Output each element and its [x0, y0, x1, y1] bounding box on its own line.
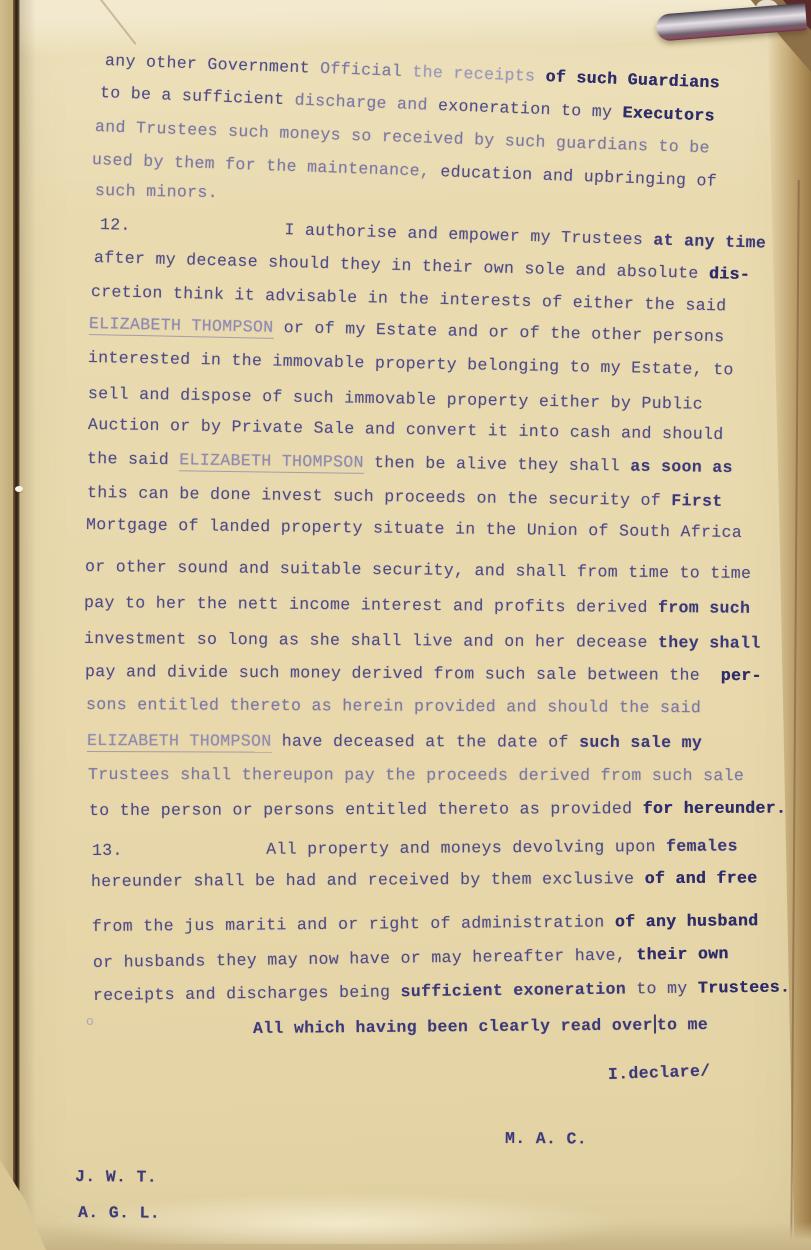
line-text: All which having been clearly read over [253, 1016, 653, 1038]
line-text: or other sound and suitable security, an… [85, 557, 752, 583]
line-text: from such [658, 598, 750, 618]
line-text: have deceased at the date of [271, 732, 579, 752]
line-text: at any time [653, 230, 766, 252]
pen-stroke [654, 1014, 656, 1033]
line-text: Mortgage of landed property situate in t… [86, 515, 742, 542]
document-line: interested in the immovable property bel… [88, 347, 734, 381]
line-text: after my decease should they in their ow… [94, 248, 709, 283]
line-text: Trustees shall thereupon pay the proceed… [88, 765, 744, 785]
document-line: Mortgage of landed property situate in t… [86, 514, 742, 544]
document-line: investment so long as she shall live and… [84, 628, 761, 655]
line-text: the receipts [412, 62, 536, 85]
document-line: hereunder shall be had and received by t… [91, 868, 757, 893]
line-text: or of my Estate and or of the other pers… [273, 318, 724, 346]
line-text: used by them for the maintenance, [92, 150, 441, 181]
document-line: pay to her the nett income interest and … [84, 592, 751, 620]
line-text: ELIZABETH THOMPSON [179, 450, 364, 474]
line-text: the said [87, 449, 180, 469]
document-line: J. W. T. [75, 1166, 157, 1189]
document-line: ELIZABETH THOMPSON or of my Estate and o… [89, 313, 725, 348]
line-text: to my [626, 979, 698, 999]
document-line: Trustees shall thereupon pay the proceed… [88, 764, 744, 787]
line-text: receipts and discharges being [93, 982, 401, 1005]
line-text: Trustees. [698, 977, 790, 997]
document-line: Auction or by Private Sale and convert i… [88, 414, 724, 446]
line-text: any other Government [105, 51, 321, 78]
line-text: 13. [92, 840, 266, 860]
line-text: discharge and [294, 90, 438, 114]
line-text: exoneration to my [438, 96, 623, 122]
line-text: of any husband [615, 911, 759, 931]
line-text: sons entitled thereto as herein provided… [86, 695, 701, 717]
document-line: this can be done invest such proceeds on… [87, 482, 723, 513]
document-line: ELIZABETH THOMPSON have deceased at the … [87, 730, 702, 754]
line-text: pay to her the nett income interest and … [84, 593, 658, 617]
line-text: dis- [709, 264, 750, 284]
line-text: I.declare/ [608, 1061, 711, 1084]
line-text: All property and moneys devolving upon [266, 837, 666, 859]
line-text: Auction or by Private Sale and convert i… [88, 415, 724, 444]
line-text: they shall [658, 633, 761, 653]
line-text: to be a sufficient [100, 83, 295, 109]
document-line: after my decease should they in their ow… [94, 247, 750, 286]
line-text: investment so long as she shall live and… [84, 629, 658, 652]
line-text: pay and divide such money derived from s… [85, 662, 721, 685]
typewritten-text: any other Government Official the receip… [0, 0, 811, 1250]
document-line: sons entitled thereto as herein provided… [86, 694, 701, 719]
line-text: for hereunder. [643, 799, 787, 819]
line-text: Official [320, 59, 413, 81]
line-text: then be alive they shall [364, 453, 631, 476]
line-text: ELIZABETH THOMPSON [87, 731, 272, 753]
line-text: interested in the immovable property bel… [88, 348, 734, 379]
line-text: or husbands they may now have or may her… [93, 945, 637, 972]
document-line: A. G. L. [78, 1202, 160, 1225]
line-text: females [666, 836, 738, 856]
line-text: I authorise and empower my Trustees [284, 220, 653, 249]
document-line: to the person or persons entitled theret… [89, 798, 786, 822]
line-text: A. G. L. [78, 1203, 160, 1223]
document-line: 12. I authorise and empower my Trustees … [100, 214, 767, 255]
line-text: M. A. C. [505, 1129, 587, 1148]
document-line: or other sound and suitable security, an… [85, 556, 752, 585]
document-line: receipts and discharges being sufficient… [93, 976, 790, 1007]
document-scan: o any other Government Official the rece… [0, 0, 811, 1250]
line-text: ELIZABETH THOMPSON [89, 314, 274, 339]
line-text: J. W. T. [75, 1167, 157, 1187]
line-text: of and free [645, 869, 758, 889]
document-line: such minors. [95, 180, 218, 204]
document-line: All which having been clearly read overt… [253, 1014, 708, 1040]
line-text: this can be done invest such proceeds on… [87, 483, 672, 510]
document-line: or husbands they may now have or may her… [93, 943, 729, 974]
line-text: their own [636, 944, 729, 964]
line-text: education and upbringing of [440, 162, 717, 191]
line-text: such minors. [95, 181, 218, 202]
line-text: such sale my [579, 733, 702, 752]
line-text: of such Guardians [535, 67, 720, 93]
line-text: 12. [100, 215, 285, 239]
document-line: from the jus mariti and or right of admi… [92, 910, 759, 938]
document-line: M. A. C. [505, 1128, 587, 1150]
document-line: sell and dispose of such immovable prope… [88, 383, 703, 416]
line-text: to me [657, 1015, 708, 1034]
line-text: as soon as [630, 457, 733, 477]
document-line: 13. All property and moneys devolving up… [92, 835, 738, 862]
document-line: I.declare/ [608, 1060, 711, 1086]
line-text: to the person or persons entitled theret… [89, 799, 643, 820]
line-text: per- [721, 666, 762, 685]
document-line: pay and divide such money derived from s… [85, 661, 762, 687]
line-text: sell and dispose of such immovable prope… [88, 384, 703, 414]
line-text: cretion think it advisable in the intere… [91, 282, 727, 315]
document-line: the said ELIZABETH THOMPSON then be aliv… [87, 448, 733, 479]
line-text: First [671, 491, 723, 511]
line-text: sufficient exoneration [400, 979, 626, 1001]
document-line: cretion think it advisable in the intere… [91, 281, 727, 317]
line-text: hereunder shall be had and received by t… [91, 869, 645, 891]
line-text: Executors [622, 103, 715, 126]
line-text: from the jus mariti and or right of admi… [92, 912, 615, 936]
